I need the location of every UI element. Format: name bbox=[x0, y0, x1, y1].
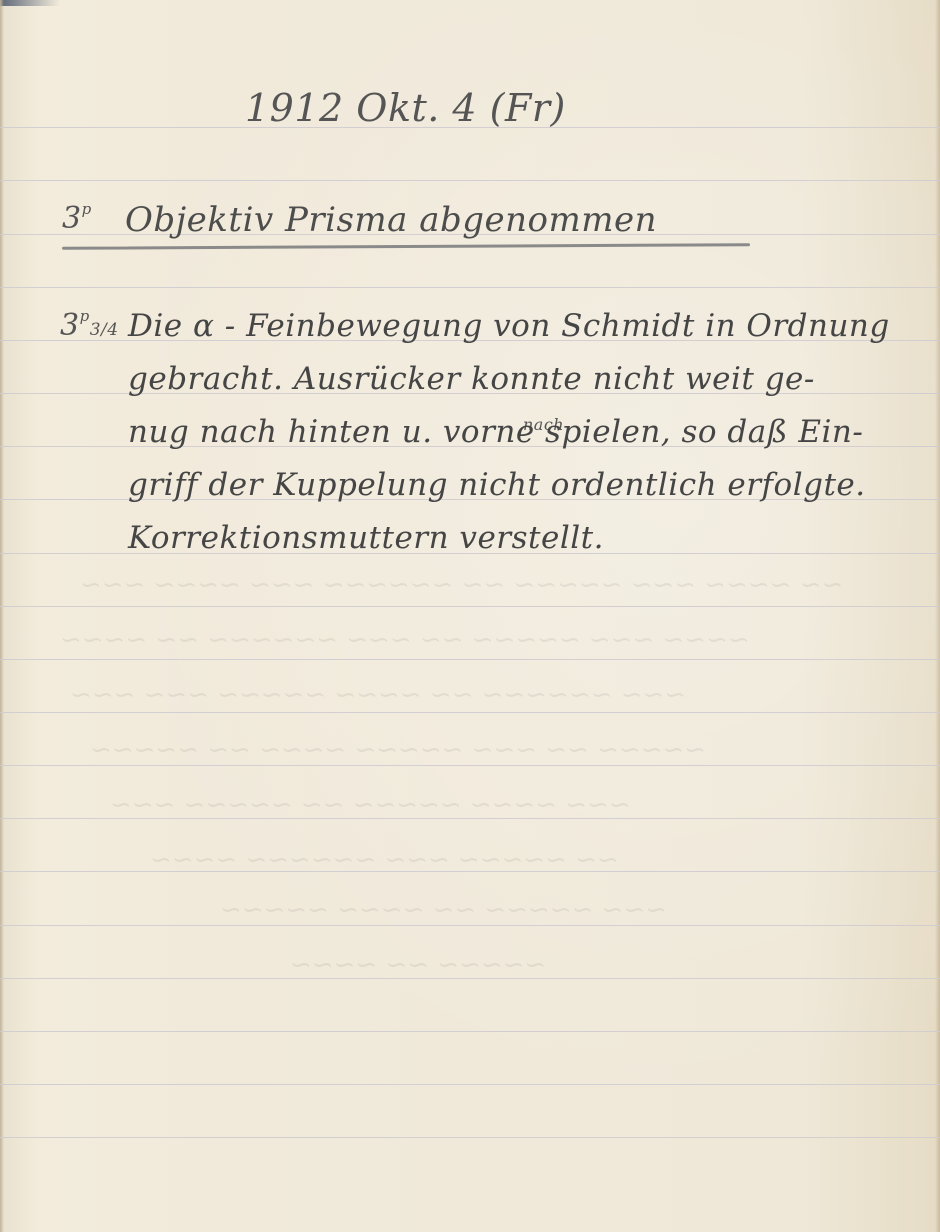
bleed-through-text: ~~~ ~~~~~~ ~~ ~~~~ ~~~~~ ~~~ ~~~ bbox=[70, 680, 686, 710]
entry-time-pm: p bbox=[82, 200, 92, 218]
entry-time-hour: 3 bbox=[62, 201, 82, 236]
entry-text-line: Korrektionsmuttern verstellt. bbox=[128, 520, 604, 556]
entry-time: 3p3/4 bbox=[60, 307, 119, 343]
bleed-through-text: ~~~~~ ~~ ~~~ ~~~~~ ~~~~ ~~ ~~~~~ bbox=[90, 735, 706, 765]
ruled-line bbox=[0, 180, 940, 181]
entry-text-line: gebracht. Ausrücker konnte nicht weit ge… bbox=[128, 361, 815, 397]
bleed-through-text: ~~~~ ~~~ ~~~~~ ~~ ~~~ ~~~~~~ ~~ ~~~~ bbox=[60, 625, 750, 655]
ruled-line bbox=[0, 659, 940, 660]
notebook-page: ~~ ~~~~ ~~~ ~~~~~ ~~ ~~~~~~ ~~~ ~~~~ ~~~… bbox=[0, 0, 940, 1232]
ruled-line bbox=[0, 765, 940, 766]
entry-time-fraction: 3/4 bbox=[90, 320, 119, 340]
ruled-line bbox=[0, 1137, 940, 1138]
ruled-line bbox=[0, 712, 940, 713]
entry-text-line: Die α - Feinbewegung von Schmidt in Ordn… bbox=[128, 308, 890, 344]
bleed-through-text: ~~ ~~~~ ~~~ ~~~~~ ~~ ~~~~~~ ~~~ ~~~~ ~~~ bbox=[80, 570, 843, 600]
ruled-line bbox=[0, 606, 940, 607]
bleed-through-text: ~~~ ~~~~ ~~~~~ ~~ ~~~~~ ~~~ bbox=[110, 790, 631, 820]
entry-time: 3p bbox=[62, 200, 92, 236]
bleed-through-text: ~~~ ~~~~~ ~~ ~~~~ ~~~~~ bbox=[220, 895, 667, 925]
ruled-line bbox=[0, 925, 940, 926]
page-left-edge bbox=[0, 0, 4, 1232]
entry-text-line: nug nach hinten u. vorne spielen, so daß… bbox=[128, 414, 863, 450]
entry-time-pm: p bbox=[80, 307, 90, 325]
bleed-through-text: ~~ ~~~~~ ~~~ ~~~~~~ ~~~~ bbox=[150, 845, 619, 875]
date-heading: 1912 Okt. 4 (Fr) bbox=[245, 86, 566, 130]
entry-title: Objektiv Prisma abgenommen bbox=[125, 200, 657, 240]
bleed-through-text: ~~~~~ ~~ ~~~~ bbox=[290, 950, 546, 980]
ruled-line bbox=[0, 1031, 940, 1032]
ruled-line bbox=[0, 1084, 940, 1085]
entry-text-line: griff der Kuppelung nicht ordentlich erf… bbox=[128, 467, 866, 503]
page-edge-shadow bbox=[0, 0, 60, 6]
ruled-line bbox=[0, 287, 940, 288]
entry-time-hour: 3 bbox=[60, 308, 80, 343]
title-underline bbox=[62, 243, 750, 250]
